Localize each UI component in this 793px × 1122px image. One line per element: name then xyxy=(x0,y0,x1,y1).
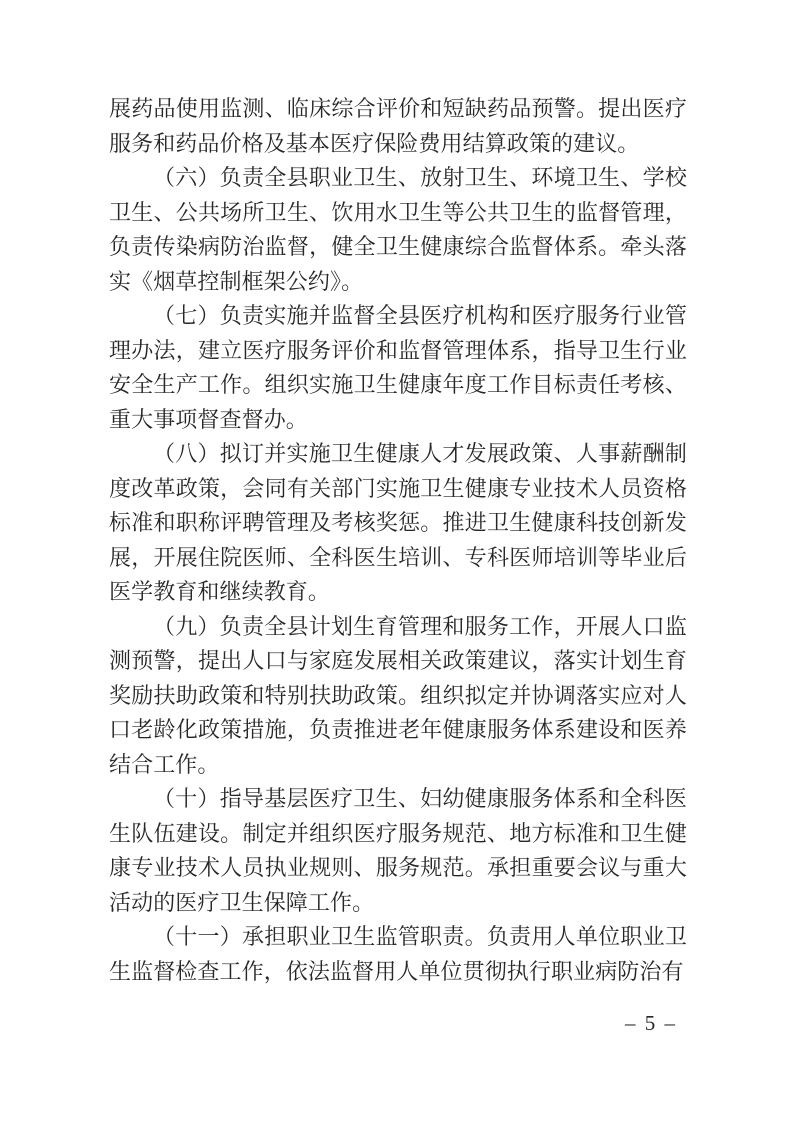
document-page: 展药品使用监测、临床综合评价和短缺药品预警。提出医疗服务和药品价格及基本医疗保险… xyxy=(0,0,793,1122)
paragraph-item-6: （六）负责全县职业卫生、放射卫生、环境卫生、学校卫生、公共场所卫生、饮用水卫生等… xyxy=(109,161,687,299)
paragraph-item-11: （十一）承担职业卫生监管职责。负责用人单位职业卫生监督检查工作，依法监督用人单位… xyxy=(109,920,687,989)
paragraph-item-8: （八）拟订并实施卫生健康人才发展政策、人事薪酬制度改革政策，会同有关部门实施卫生… xyxy=(109,437,687,610)
paragraph-item-7: （七）负责实施并监督全县医疗机构和医疗服务行业管理办法，建立医疗服务评价和监督管… xyxy=(109,299,687,437)
page-number: – 5 – xyxy=(625,1011,677,1036)
paragraph-item-9: （九）负责全县计划生育管理和服务工作，开展人口监测预警，提出人口与家庭发展相关政… xyxy=(109,610,687,783)
paragraph-continuation: 展药品使用监测、临床综合评价和短缺药品预警。提出医疗服务和药品价格及基本医疗保险… xyxy=(109,92,687,161)
paragraph-item-10: （十）指导基层医疗卫生、妇幼健康服务体系和全科医生队伍建设。制定并组织医疗服务规… xyxy=(109,782,687,920)
document-text-block: 展药品使用监测、临床综合评价和短缺药品预警。提出医疗服务和药品价格及基本医疗保险… xyxy=(109,92,687,989)
